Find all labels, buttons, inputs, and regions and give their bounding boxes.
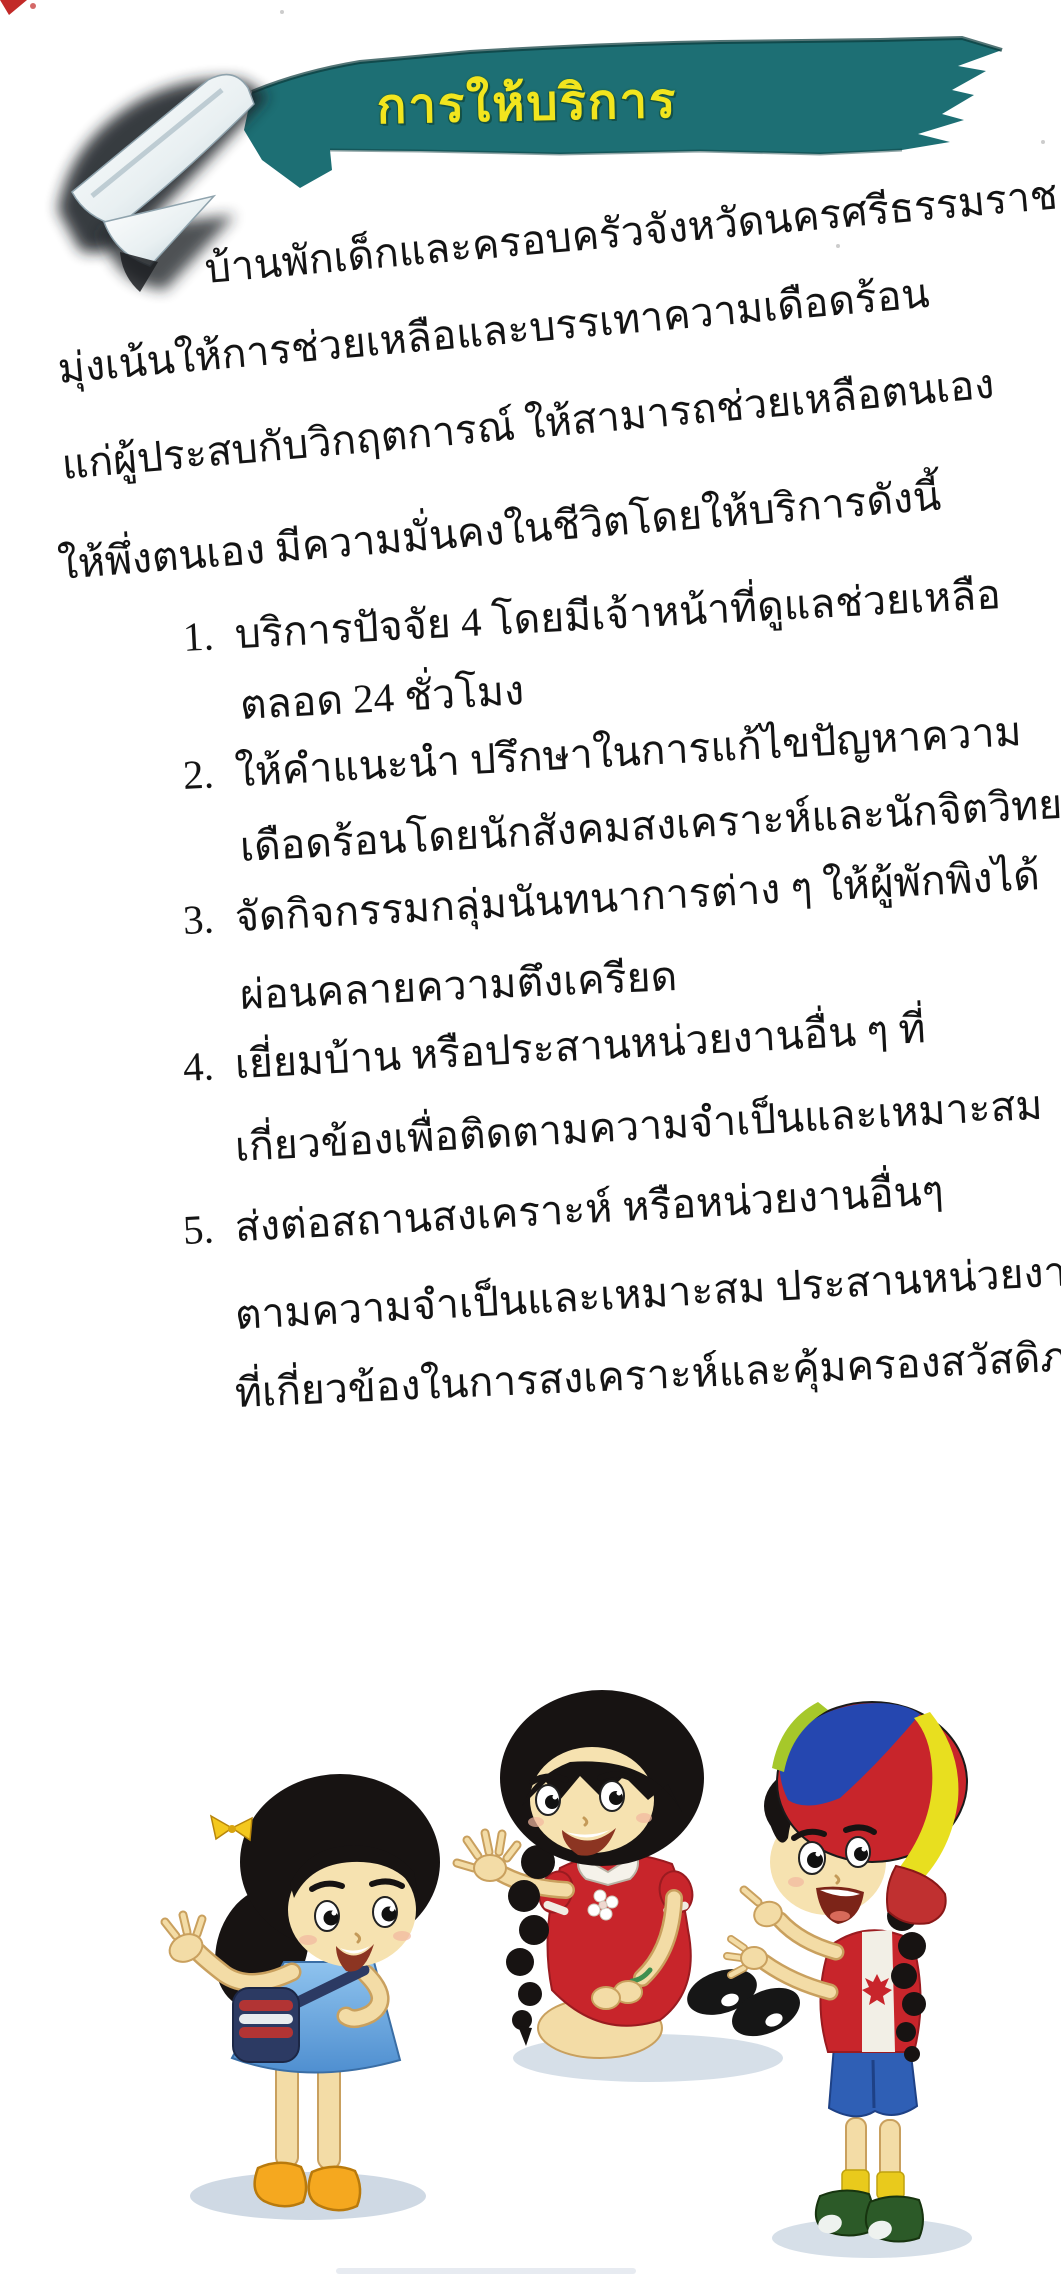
children-illustration — [0, 1550, 1061, 2293]
page-title: การให้บริการ — [351, 60, 703, 145]
scan-smudge — [336, 2268, 636, 2274]
service-5-line-2: ตามความจำเป็นและเหมาะสม ประสานหน่วยงาน — [234, 1243, 1061, 1343]
service-3-line-2: ผ่อนคลายความตึงเครียด — [239, 949, 679, 1023]
service-1-line-1: บริการปัจจัย 4 โดยมีเจ้าหน้าที่ดูแลช่วยเ… — [234, 571, 1002, 657]
service-number-2: 2. — [182, 745, 237, 803]
corner-mark — [0, 0, 27, 15]
kneeling-girl-waving — [457, 1690, 807, 2082]
cap-bill — [887, 1866, 946, 1924]
service-number-4: 4. — [182, 1037, 237, 1095]
hair-bow — [211, 1816, 252, 1840]
green-sneaker — [866, 2196, 923, 2241]
paragraph-line-4: ให้พึ่งตนเอง มีความมั่นคงในชีวิตโดยให้บร… — [56, 469, 943, 594]
orange-shoe — [255, 2163, 306, 2207]
girl-with-backwards-cap — [727, 1702, 972, 2258]
service-number-1: 1. — [182, 607, 237, 665]
service-4-line-2: เกี่ยวข้องเพื่อติดตามความจำเป็นและเหมาะส… — [234, 1078, 1044, 1176]
brochure-page: การให้บริการ บ้านพักเด็กและครอบครัวจังหว… — [0, 0, 1061, 2293]
green-sneaker — [816, 2190, 873, 2235]
service-number-5: 5. — [182, 1200, 237, 1258]
service-item-1: 1.บริการปัจจัย 4 โดยมีเจ้าหน้าที่ดูแลช่ว… — [182, 567, 1002, 665]
service-number-3: 3. — [182, 890, 237, 948]
laughing-mouth — [816, 1887, 864, 1924]
service-item-5: 5.ส่งต่อสถานสงเคราะห์ หรือหน่วยงานอื่นๆ — [182, 1163, 945, 1258]
service-5-line-3: ที่เกี่ยวข้องในการสงเคราะห์และคุ้มครองสว… — [234, 1328, 1061, 1422]
ground-shadow — [190, 2172, 426, 2220]
orange-shoe — [309, 2167, 360, 2211]
yellow-sock — [877, 2172, 904, 2199]
girl-with-shoulder-bag — [165, 1774, 440, 2220]
service-1-line-2: ตลอด 24 ชั่วโมง — [239, 663, 526, 733]
service-5-line-1: ส่งต่อสถานสงเคราะห์ หรือหน่วยงานอื่นๆ — [234, 1167, 945, 1250]
shoulder-bag — [233, 1988, 299, 2062]
corner-speck — [30, 3, 36, 9]
